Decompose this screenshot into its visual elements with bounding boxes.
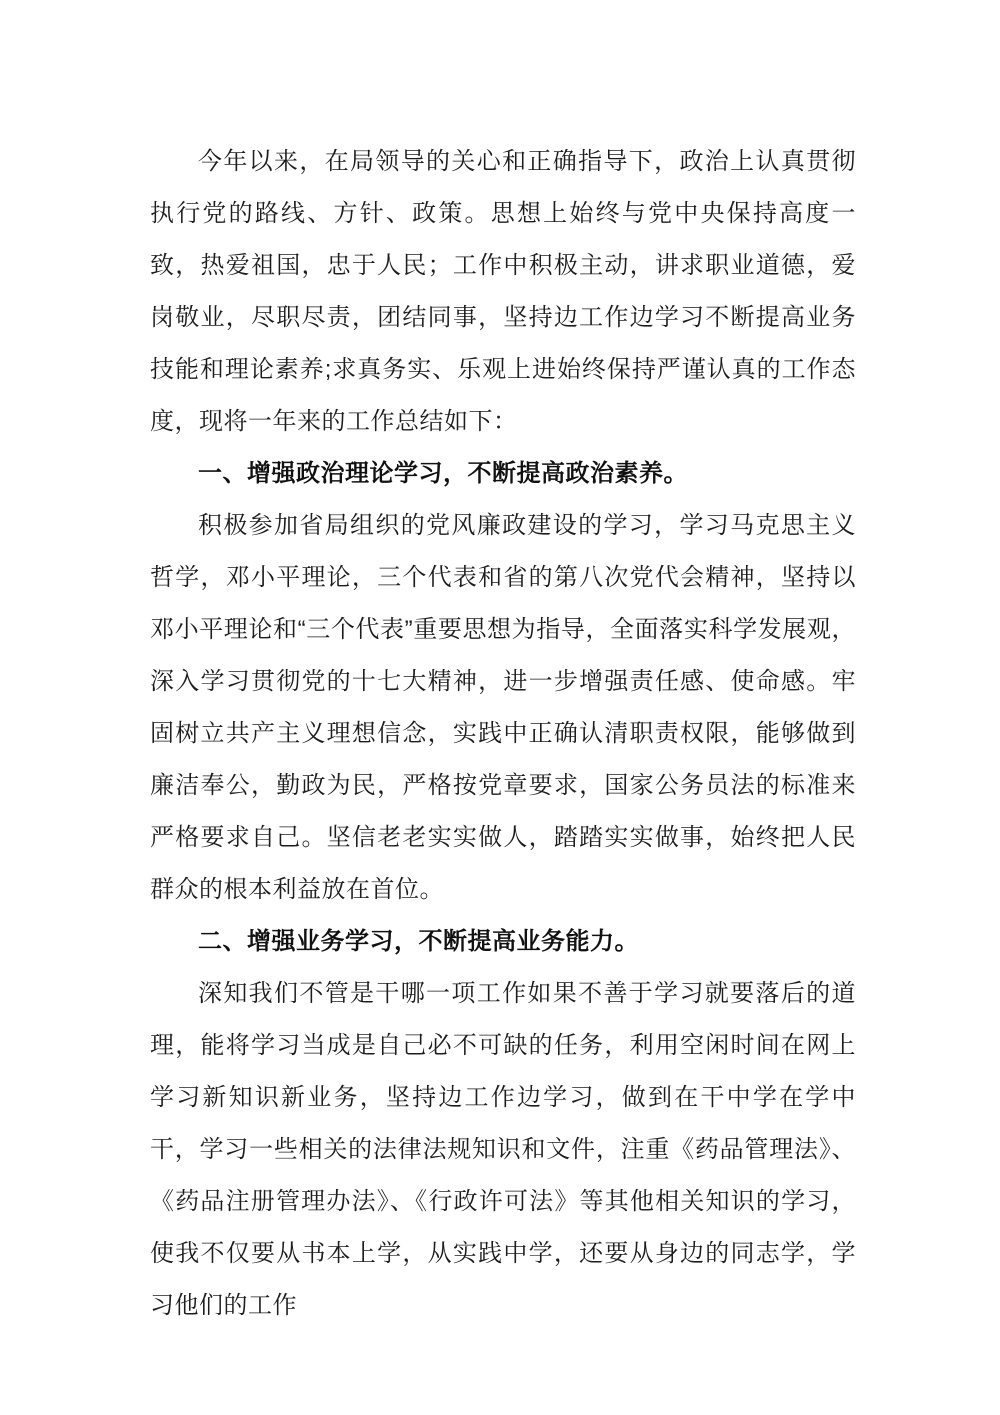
section-1-paragraph: 积极参加省局组织的党风廉政建设的学习，学习马克思主义哲学，邓小平理论，三个代表和… [150,500,856,916]
section-heading-business-study: 二、增强业务学习，不断提高业务能力。 [150,916,856,968]
intro-paragraph: 今年以来，在局领导的关心和正确指导下，政治上认真贯彻执行党的路线、方针、政策。思… [150,136,856,448]
section-2-paragraph: 深知我们不管是干哪一项工作如果不善于学习就要落后的道理，能将学习当成是自己必不可… [150,968,856,1332]
document-page: 今年以来，在局领导的关心和正确指导下，政治上认真贯彻执行党的路线、方针、政策。思… [0,0,1000,1415]
section-heading-political-study: 一、增强政治理论学习，不断提高政治素养。 [150,448,856,500]
